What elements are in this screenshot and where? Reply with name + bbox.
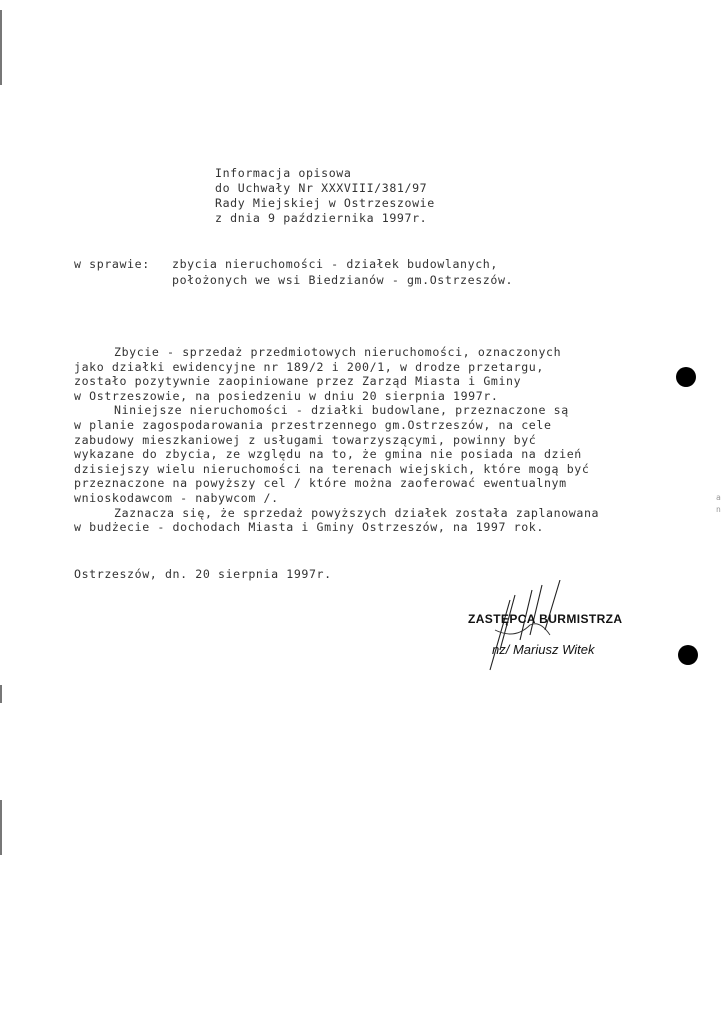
signature-title: ZASTĘPCA BURMISTRZA: [468, 612, 622, 626]
margin-artifact: n: [716, 505, 721, 514]
body-line: w planie zagospodarowania przestrzennego…: [74, 418, 552, 432]
scan-edge-mark: [0, 685, 2, 703]
punch-hole: [676, 367, 696, 387]
body-line: przeznaczone na powyższy cel / które moż…: [74, 476, 567, 490]
document-header: Informacja opisowa do Uchwały Nr XXXVIII…: [0, 0, 724, 70]
body-line: wykazane do zbycia, ze względu na to, że…: [74, 447, 582, 461]
body-line: wnioskodawcom - nabywcom /.: [74, 491, 279, 505]
subject-line: położonych we wsi Biedzianów - gm.Ostrze…: [172, 273, 513, 287]
margin-artifact: a: [716, 493, 721, 502]
punch-hole: [678, 645, 698, 665]
body-line: w budżecie - dochodach Miasta i Gminy Os…: [74, 520, 544, 534]
body-line: dzisiejszy wielu nieruchomości na terena…: [74, 462, 589, 476]
header-date: z dnia 9 października 1997r.: [215, 211, 427, 225]
handwritten-signature: [470, 580, 590, 675]
body-line: zabudowy mieszkaniowej z usługami towarz…: [74, 433, 536, 447]
body-line: Zbycie - sprzedaż przedmiotowych nieruch…: [74, 345, 561, 359]
scan-edge-mark: [0, 10, 2, 85]
body-line: zostało pozytywnie zaopiniowane przez Za…: [74, 374, 521, 388]
header-resolution: do Uchwały Nr XXXVIII/381/97: [215, 181, 427, 195]
body-line: Zaznacza się, że sprzedaż powyższych dzi…: [74, 506, 599, 520]
place-date: Ostrzeszów, dn. 20 sierpnia 1997r.: [74, 567, 332, 581]
subject-block: w sprawie: zbycia nieruchomości - działe…: [0, 70, 724, 126]
subject-label: w sprawie:: [74, 257, 150, 271]
body-line: w Ostrzeszowie, na posiedzeniu w dniu 20…: [74, 389, 498, 403]
header-council: Rady Miejskiej w Ostrzeszowie: [215, 196, 435, 210]
subject-line: zbycia nieruchomości - działek budowlany…: [172, 257, 498, 271]
signature-name: nz/ Mariusz Witek: [492, 642, 594, 657]
body-line: jako działki ewidencyjne nr 189/2 i 200/…: [74, 360, 544, 374]
header-title: Informacja opisowa: [215, 166, 351, 180]
scan-edge-mark: [0, 800, 2, 855]
body-line: Niniejsze nieruchomości - działki budowl…: [74, 403, 569, 417]
